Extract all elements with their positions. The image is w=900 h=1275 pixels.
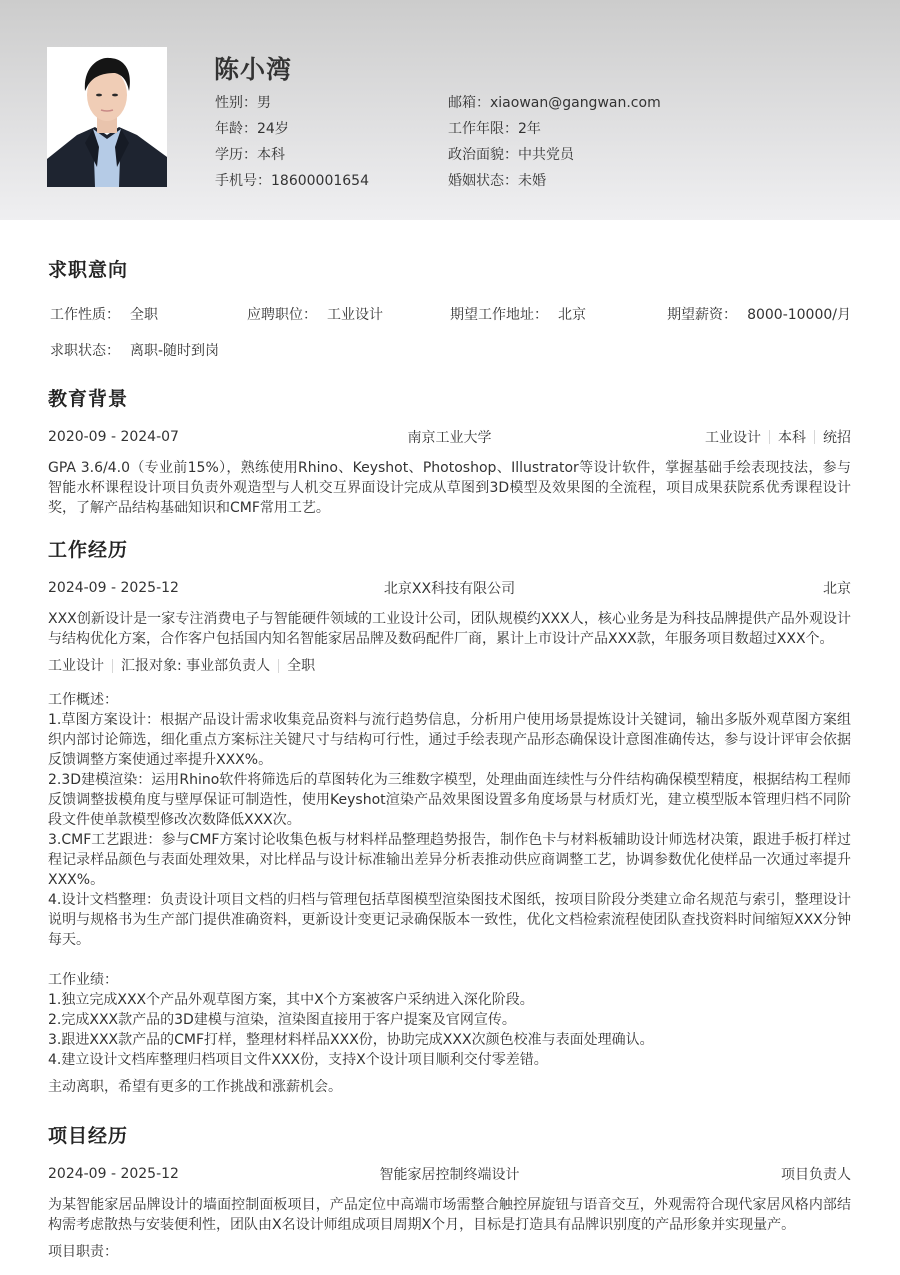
project-period: 2024-09 - 2025-12 [48, 1166, 179, 1182]
work-overview-title: 工作概述： [48, 690, 851, 710]
tag-divider [278, 659, 279, 673]
project-description: 为某智能家居品牌设计的墙面控制面板项目，产品定位中高端市场需整合触控屏旋钮与语音… [48, 1195, 851, 1235]
info-label: 政治面貌 [448, 147, 504, 163]
work-achievement-1: 1.独立完成XXX个产品外观草图方案，其中X个方案被客户采纳进入深化阶段。 [48, 990, 851, 1010]
education-section: 教育背景 2020-09 - 2024-07 南京工业大学 工业设计 本科 统招… [48, 384, 851, 518]
work-location: 北京 [823, 578, 851, 598]
resume-header: 陈小湾 性别：男 年龄：24岁 学历：本科 手机号：18600001654 邮箱… [0, 0, 900, 220]
info-marital-status: 婚姻状态：未婚 [448, 168, 661, 194]
work-meta-row: 2024-09 - 2025-12 北京XX科技有限公司 北京 [48, 578, 851, 598]
tag-degree: 本科 [778, 427, 806, 447]
intent-label: 应聘职位： [247, 307, 317, 323]
info-value: 中共党员 [518, 147, 574, 163]
work-achievement-4: 4.建立设计文档库整理归档项目文件XXX份，支持X个设计项目顺利交付零差错。 [48, 1050, 851, 1070]
tag-divider [112, 659, 113, 673]
info-value: 2年 [518, 121, 541, 137]
tag-department: 工业设计 [48, 656, 104, 676]
intent-label: 工作性质： [50, 307, 120, 323]
info-gender: 性别：男 [215, 90, 369, 116]
intent-job-type: 工作性质：全职 [50, 304, 158, 324]
info-value: 18600001654 [271, 173, 369, 189]
info-label: 性别 [215, 95, 243, 111]
tag-employment-type: 全职 [287, 656, 315, 676]
leave-reason: 主动离职，希望有更多的工作挑战和涨薪机会。 [48, 1077, 851, 1097]
info-age: 年龄：24岁 [215, 116, 369, 142]
info-label: 年龄 [215, 121, 243, 137]
resume-body: 求职意向 工作性质：全职 应聘职位：工业设计 期望工作地址：北京 期望薪资：80… [0, 255, 900, 1262]
work-achievement-2: 2.完成XXX款产品的3D建模与渲染，渲染图直接用于客户提案及官网宣传。 [48, 1010, 851, 1030]
work-overview-item-1: 1.草图方案设计：根据产品设计需求收集竞品资料与流行趋势信息，分析用户使用场景提… [48, 710, 851, 770]
work-achievement-3: 3.跟进XXX款产品的CMF打样，整理材料样品XXX份，协助完成XXX次颜色校准… [48, 1030, 851, 1050]
info-email: 邮箱：xiaowan@gangwan.com [448, 90, 661, 116]
education-description: GPA 3.6/4.0（专业前15%），熟练使用Rhino、Keyshot、Ph… [48, 458, 851, 518]
intent-position: 应聘职位：工业设计 [247, 304, 383, 324]
info-value: 24岁 [257, 121, 289, 137]
tag-enrollment: 统招 [823, 427, 851, 447]
company-name: 北京XX科技有限公司 [384, 581, 515, 597]
work-tags: 工业设计 汇报对象: 事业部负责人 全职 [48, 656, 851, 676]
project-name: 智能家居控制终端设计 [380, 1167, 520, 1183]
info-value: 本科 [257, 147, 285, 163]
intent-status: 求职状态：离职-随时到岗 [50, 340, 219, 360]
info-value: xiaowan@gangwan.com [490, 95, 661, 111]
info-label: 邮箱 [448, 95, 476, 111]
intent-location: 期望工作地址：北京 [450, 304, 586, 324]
education-period: 2020-09 - 2024-07 [48, 429, 179, 445]
tag-report-to: 汇报对象: 事业部负责人 [121, 656, 270, 676]
info-label: 手机号 [215, 173, 257, 189]
company-intro: XXX创新设计是一家专注消费电子与智能硬件领域的工业设计公司，团队规模约XXX人… [48, 609, 851, 649]
intent-salary: 期望薪资：8000-10000/月 [667, 304, 851, 324]
education-meta-row: 2020-09 - 2024-07 南京工业大学 工业设计 本科 统招 [48, 427, 851, 447]
work-achievements-title: 工作业绩： [48, 970, 851, 990]
tag-major: 工业设计 [705, 427, 761, 447]
intent-label: 求职状态： [50, 343, 120, 359]
section-title-work: 工作经历 [48, 535, 851, 562]
tag-divider [814, 430, 815, 444]
basic-info-column-1: 性别：男 年龄：24岁 学历：本科 手机号：18600001654 [215, 90, 369, 194]
intent-value: 全职 [130, 307, 158, 323]
project-role: 项目负责人 [781, 1164, 851, 1184]
info-work-years: 工作年限：2年 [448, 116, 661, 142]
work-overview-item-2: 2.3D建模渲染：运用Rhino软件将筛选后的草图转化为三维数字模型，处理曲面连… [48, 770, 851, 830]
project-duties-title: 项目职责： [48, 1242, 851, 1262]
section-title-job-intent: 求职意向 [48, 255, 851, 282]
education-tags: 工业设计 本科 统招 [705, 427, 851, 447]
section-title-project: 项目经历 [48, 1121, 851, 1148]
work-overview-item-3: 3.CMF工艺跟进：参与CMF方案讨论收集色板与材料样品整理趋势报告，制作色卡与… [48, 830, 851, 890]
portrait-image [47, 47, 167, 187]
work-section: 工作经历 2024-09 - 2025-12 北京XX科技有限公司 北京 XXX… [48, 535, 851, 1097]
school-name: 南京工业大学 [408, 430, 492, 446]
work-overview-item-4: 4.设计文档整理：负责设计项目文档的归档与管理包括草图模型渲染图技术图纸，按项目… [48, 890, 851, 950]
info-value: 未婚 [518, 173, 546, 189]
info-value: 男 [257, 95, 271, 111]
intent-label: 期望薪资： [667, 307, 737, 323]
job-intent-grid: 工作性质：全职 应聘职位：工业设计 期望工作地址：北京 期望薪资：8000-10… [48, 304, 851, 384]
info-label: 学历 [215, 147, 243, 163]
intent-value: 离职-随时到岗 [130, 343, 219, 359]
info-phone: 手机号：18600001654 [215, 168, 369, 194]
intent-label: 期望工作地址： [450, 307, 548, 323]
intent-value: 北京 [558, 307, 586, 323]
basic-info-column-2: 邮箱：xiaowan@gangwan.com 工作年限：2年 政治面貌：中共党员… [448, 90, 661, 194]
project-section: 项目经历 2024-09 - 2025-12 智能家居控制终端设计 项目负责人 … [48, 1121, 851, 1262]
profile-photo [47, 47, 167, 187]
section-title-education: 教育背景 [48, 384, 851, 411]
work-period: 2024-09 - 2025-12 [48, 580, 179, 596]
intent-value: 8000-10000/月 [747, 307, 851, 323]
tag-divider [769, 430, 770, 444]
info-education: 学历：本科 [215, 142, 369, 168]
intent-value: 工业设计 [327, 307, 383, 323]
info-political-status: 政治面貌：中共党员 [448, 142, 661, 168]
info-label: 工作年限 [448, 121, 504, 137]
candidate-name: 陈小湾 [214, 50, 292, 86]
info-label: 婚姻状态 [448, 173, 504, 189]
job-intent-section: 求职意向 工作性质：全职 应聘职位：工业设计 期望工作地址：北京 期望薪资：80… [48, 255, 851, 384]
project-meta-row: 2024-09 - 2025-12 智能家居控制终端设计 项目负责人 [48, 1164, 851, 1184]
